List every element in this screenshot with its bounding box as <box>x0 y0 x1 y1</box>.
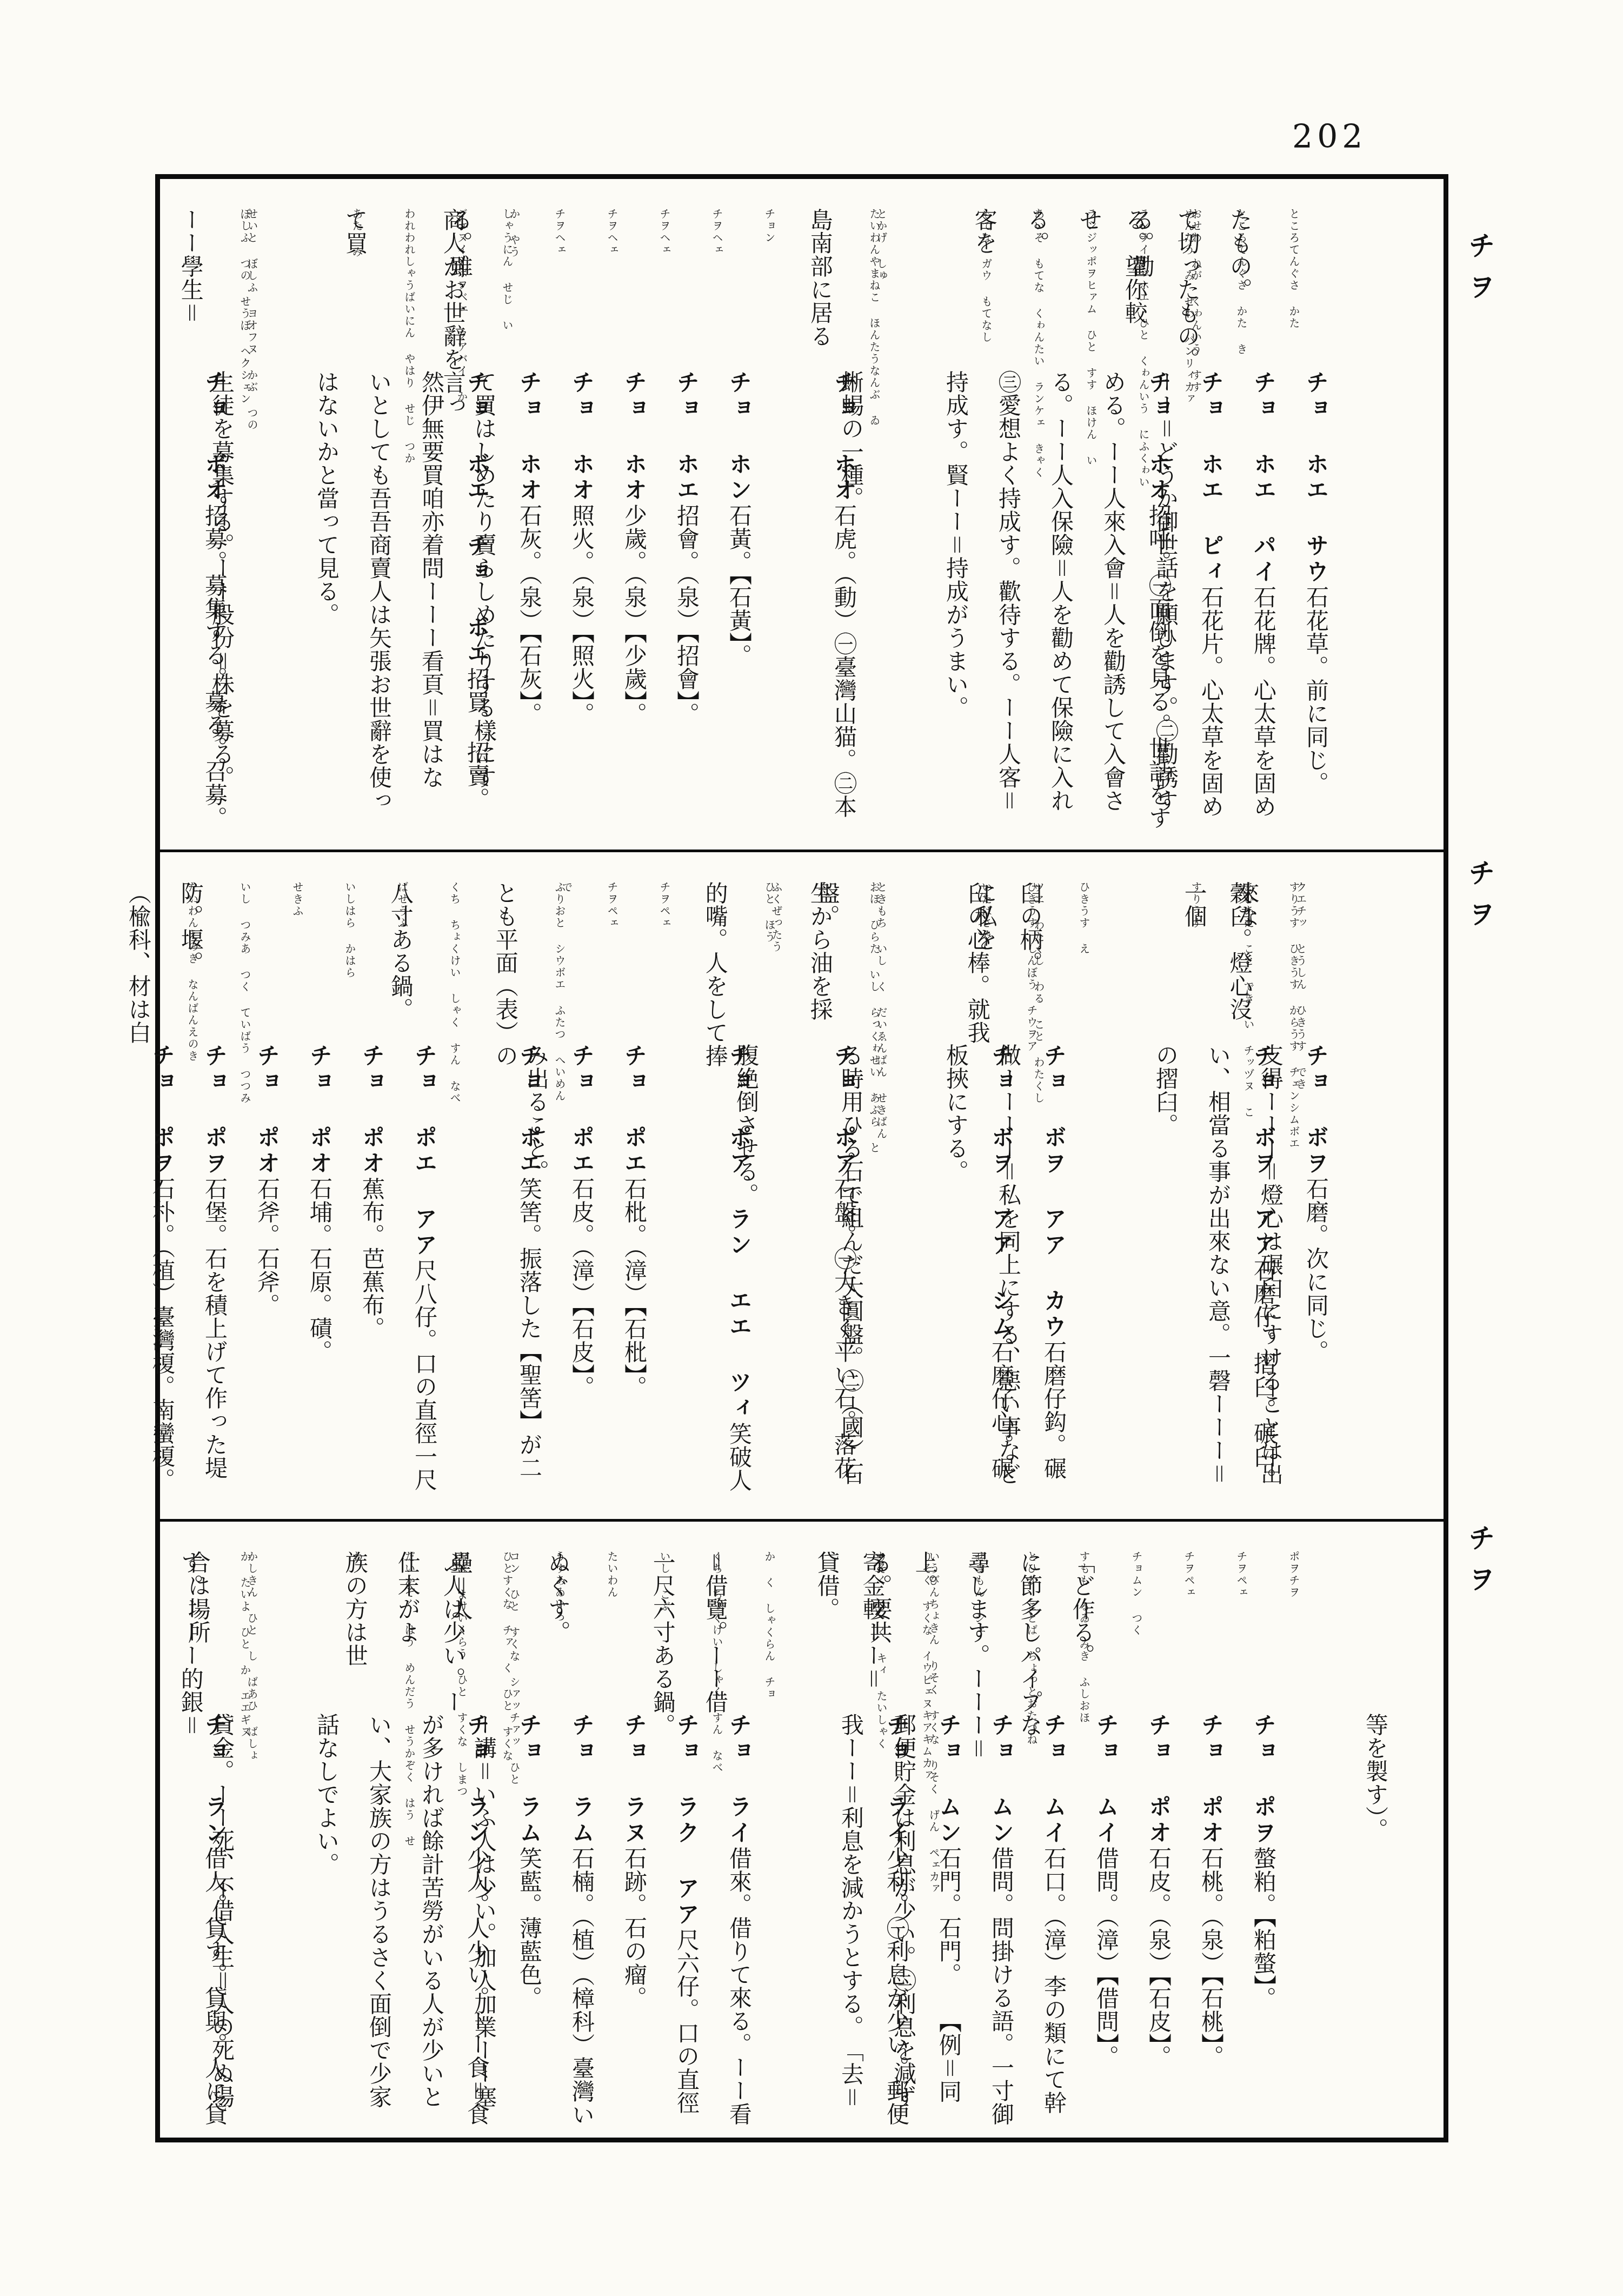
page-number: 202 <box>1292 118 1367 156</box>
entry-headword: チョ ボヲ アア カウ <box>1041 1044 1067 1341</box>
entry-headword: チョ ポア ラン エエ ツィ <box>726 1044 753 1422</box>
entry-text: チョ ポエ石枇。（漳）【石枇】。 <box>598 881 670 1501</box>
entry-headword: チョ ポオ <box>254 1044 281 1177</box>
entry-body: 少歲。（泉）【少歲】。 <box>621 504 648 726</box>
entry-body: 石虎。（動）㊀臺灣山猫。㊁本島南部に居る <box>807 208 857 818</box>
entry-body: 招會。（泉）【招會】。 <box>674 504 700 726</box>
edge-index-tab: チヲ <box>1466 231 1493 314</box>
entry-body: 石皮。（泉）【石皮】。 <box>1146 1847 1172 2068</box>
entry-headword: チョ ラム <box>569 1713 595 1847</box>
entry-body: 石盤。㊀大きく平い石。落花生から油を採 <box>807 881 857 1479</box>
scanned-dictionary-page: 202 チヲ チヲ チヲ チョ ホエ サウ石花草。前に同じ。 チョ ホエ パイ石… <box>0 0 1623 2296</box>
entry-column: 等を製す）。 <box>1380 1551 1433 2129</box>
entry-headword: チョ ライ <box>726 1713 753 1847</box>
entry-band-middle: チョ ボヲ石磨。次に同じ。 チョ ボヲ アア石磨仔。摺臼。碾臼。穀臼。燈心沒 す… <box>160 852 1444 1519</box>
entry-headword: チョ ホエ パイ <box>1250 370 1277 586</box>
entry-headword: チョ ポヲ <box>1250 1713 1277 1847</box>
entry-text: チョ ボオ招募。募集する。募る。召募。ーー學生＝ <box>155 208 250 831</box>
entry-headword: チョ ポオ <box>307 1044 333 1177</box>
entry-text: チョ ポア ラン エエ ツィ笑破人的嘴。人をして捧 <box>680 881 775 1501</box>
entry-text: チョ ボヲ アア カウ石磨仔鈎。碾臼の柄。 <box>994 881 1089 1501</box>
furigana-ruby <box>1352 881 1433 1501</box>
entry-headword: チョ ボオ <box>202 370 228 504</box>
entry-headword: チョ ホオ <box>569 370 595 504</box>
entry-text: チョ ホン石黃。【石黃】。 <box>703 208 775 831</box>
entry-text: チョ ホオ石虎。（動）㊀臺灣山猫。㊁本島南部に居る <box>784 208 880 831</box>
entry-text: チョ ライ借來。借りて來る。ーー看＝借覽。ーー借 <box>680 1551 775 2129</box>
entry-headword: チョ ホオ <box>831 370 857 504</box>
entry-headword: チョ ポヲ <box>202 1044 228 1177</box>
entry-body: 石磨。次に同じ。 <box>1303 1177 1329 1363</box>
entry-headword: チョ ボエ チョ ボエ <box>464 370 490 667</box>
entry-text: チョ ラン借人。貸す。貸與。人に貸す。ーーー的銀＝ <box>155 1551 250 2129</box>
entry-headword: チョ ボヲ アア <box>1250 1044 1277 1259</box>
entry-body: 石堡。石を積上げて作った堤防。堰。 <box>178 881 228 1479</box>
entry-body: 笑筈。振落した【聖筈】が二とも平面（表）の <box>493 881 543 1479</box>
entry-headword: チョ ポエ <box>621 1044 648 1177</box>
entry-headword: チョ ホオ <box>621 370 648 504</box>
entry-body: 石灰。（泉）【石灰】。 <box>516 504 543 726</box>
entry-body: 石斧。石斧。 <box>254 1177 281 1317</box>
entry-headword: チョ ホオ <box>516 370 543 504</box>
entry-body: 石枇。（漳）【石枇】。 <box>621 1177 648 1399</box>
entry-body: 招募。募集する。募る。召募。ーー學生＝ <box>178 208 228 830</box>
entry-body: 螫粕。【粕螫】。 <box>1250 1847 1277 2010</box>
entry-headword: チョ ポエ <box>569 1044 595 1177</box>
furigana-ruby <box>1352 208 1433 831</box>
entry-body: いとしても吾吾商賣人は矢張お世辭を使って買 <box>342 208 393 812</box>
entry-headword: チョ ホエ <box>674 370 700 504</box>
entry-text: チョ ポエ アア尺八仔。口の直徑一尺八寸ある鍋。 <box>365 881 460 1501</box>
entry-headword: チョ ホエ サウ <box>1303 370 1329 586</box>
entry-body: 石黃。【石黃】。 <box>726 504 753 667</box>
edge-index-tab: チヲ <box>1466 859 1493 941</box>
entry-headword: チョ ムイ <box>1093 1713 1120 1847</box>
entry-band-bottom: 等を製す）。 チョ ポヲ螫粕。【粕螫】。 ポヲチヲ チョ ポオ石桃。（泉）【石桃… <box>160 1522 1444 2147</box>
entry-body: 石桃。（泉）【石桃】。 <box>1198 1847 1225 2068</box>
entry-headword: チョ ポア <box>831 1044 857 1177</box>
entry-text: チョ ホエ サウ石花草。前に同じ。 <box>1280 208 1352 831</box>
entry-column: チョ ボヲ石磨。次に同じ。 <box>1380 881 1433 1501</box>
entry-headword: チョ ボヲ <box>1303 1044 1329 1177</box>
entry-headword: チョ ポエ <box>516 1044 543 1177</box>
edge-index-tab: チヲ <box>1466 1524 1493 1606</box>
entry-headword: チョ ポオ <box>1146 1713 1172 1847</box>
entry-headword: チョ ホン <box>726 370 753 504</box>
entry-headword: チョ ラン <box>202 1713 228 1847</box>
entry-text: チョ ポヲ螫粕。【粕螫】。 <box>1228 1551 1299 2129</box>
entry-band-top: チョ ホエ サウ石花草。前に同じ。 チョ ホエ パイ石花牌。心太草を固めたもの。… <box>160 179 1444 850</box>
dictionary-frame: チョ ホエ サウ石花草。前に同じ。 チョ ホエ パイ石花牌。心太草を固めたもの。… <box>155 174 1448 2142</box>
entry-text: 等を製す）。 <box>1340 1551 1411 2129</box>
entry-body: 等を製す）。 <box>1362 1713 1389 1841</box>
entry-text: チョ ボヲ石磨。次に同じ。 <box>1280 881 1352 1501</box>
entry-headword: チョ ポエ アア <box>411 1044 438 1259</box>
entry-column: チョ ホエ サウ石花草。前に同じ。 <box>1380 208 1433 831</box>
entry-body: 照火。（泉）【照火】。 <box>569 504 595 726</box>
entry-headword: チョ ラン <box>464 1713 490 1847</box>
entry-text: チョ ポア石盤。㊀大きく平い石。落花生から油を採 <box>784 881 880 1501</box>
entry-body: 石埔。石原。磧。 <box>307 1177 333 1363</box>
entry-body: 石花草。前に同じ。 <box>1303 586 1329 795</box>
furigana-ruby <box>1411 1551 1433 2129</box>
entry-body: 石皮。（漳）【石皮】。 <box>569 1177 595 1399</box>
entry-headword: チョ ポオ <box>1198 1713 1225 1847</box>
